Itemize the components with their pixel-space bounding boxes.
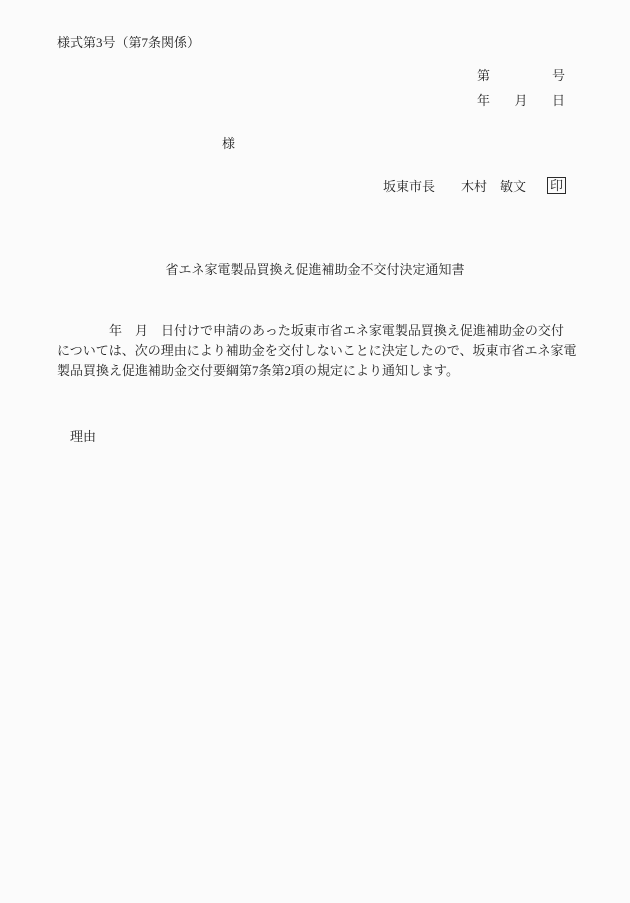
body-paragraph: 年 月 日付けで申請のあった坂東市省エネ家電製品買換え促進補助金の交付 について… (57, 321, 579, 381)
document-title: 省エネ家電製品買換え促進補助金不交付決定通知書 (0, 259, 630, 278)
body-line-3: 製品買換え促進補助金交付要綱第7条第2項の規定により通知します。 (57, 361, 579, 381)
seal-stamp: 印 (547, 177, 566, 194)
date-year-label: 年 (477, 90, 490, 109)
sender-name: 坂東市長 木村 敏文 (383, 176, 526, 195)
doc-number-prefix: 第 (477, 65, 490, 84)
document-page: 様式第3号（第7条関係） 第 号 年 月 日 様 坂東市長 木村 敏文 印 省エ… (0, 0, 630, 903)
reason-label: 理由 (70, 426, 96, 445)
addressee-honorific: 様 (222, 133, 235, 152)
body-line-2: については、次の理由により補助金を交付しないことに決定したので、坂東市省エネ家電 (57, 341, 579, 361)
date-day-label: 日 (552, 90, 565, 109)
document-number-line: 第 号 (477, 65, 565, 84)
date-month-label: 月 (514, 90, 527, 109)
date-line: 年 月 日 (477, 90, 565, 109)
sender-line: 坂東市長 木村 敏文 印 (383, 176, 566, 195)
form-number-label: 様式第3号（第7条関係） (57, 32, 200, 51)
body-line-1: 年 月 日付けで申請のあった坂東市省エネ家電製品買換え促進補助金の交付 (57, 321, 579, 341)
doc-number-suffix: 号 (552, 65, 565, 84)
